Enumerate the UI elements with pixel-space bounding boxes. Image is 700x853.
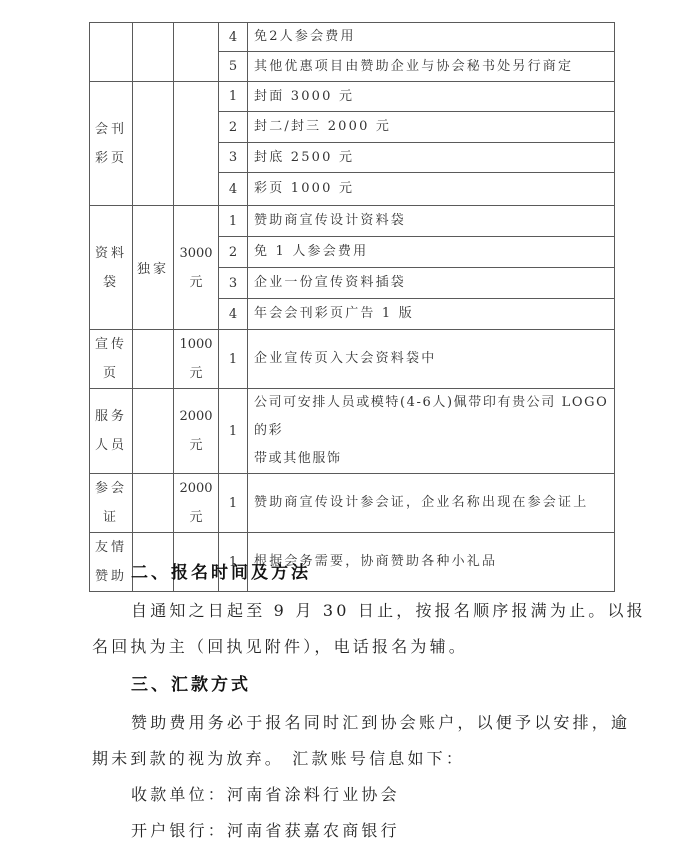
mode-cell bbox=[133, 330, 174, 389]
mode-cell: 独家 bbox=[133, 206, 174, 330]
benefit-text: 其他优惠项目由赞助企业与协会秘书处另行商定 bbox=[248, 52, 615, 82]
benefit-number: 2 bbox=[219, 112, 248, 143]
price-amount: 2000 bbox=[174, 402, 218, 431]
benefit-text: 封底 2500 元 bbox=[248, 143, 615, 173]
benefit-number: 1 bbox=[219, 474, 248, 533]
table-row: 会刊 彩页 1 封面 3000 元 bbox=[90, 82, 615, 112]
price-unit: 元 bbox=[174, 431, 218, 460]
benefit-text: 企业一份宣传资料插袋 bbox=[248, 268, 615, 299]
benefit-number: 3 bbox=[219, 143, 248, 173]
section-heading-registration: 二、报名时间及方法 bbox=[131, 558, 311, 583]
benefit-number: 3 bbox=[219, 268, 248, 299]
item-label-line: 会刊 bbox=[90, 115, 132, 144]
benefit-number: 1 bbox=[219, 82, 248, 112]
item-label-line: 赞助 bbox=[90, 562, 132, 591]
item-cell bbox=[90, 23, 133, 82]
price-cell: 2000 元 bbox=[174, 389, 219, 474]
item-cell: 宣传 页 bbox=[90, 330, 133, 389]
price-cell bbox=[174, 23, 219, 82]
item-label-line: 资料 bbox=[90, 239, 132, 268]
benefit-text: 企业宣传页入大会资料袋中 bbox=[248, 330, 615, 389]
benefit-number: 4 bbox=[219, 173, 248, 206]
item-cell: 参会 证 bbox=[90, 474, 133, 533]
item-cell: 服务 人员 bbox=[90, 389, 133, 474]
price-amount: 1000 bbox=[174, 330, 218, 359]
document-page: 4 免2人参会费用 5 其他优惠项目由赞助企业与协会秘书处另行商定 会刊 彩页 … bbox=[0, 0, 700, 853]
item-label-line: 证 bbox=[90, 503, 132, 532]
item-label-line: 页 bbox=[90, 359, 132, 388]
item-label-line: 袋 bbox=[90, 268, 132, 297]
table-row: 资料 袋 独家 3000 元 1 赞助商宣传设计资料袋 bbox=[90, 206, 615, 237]
price-amount: 2000 bbox=[174, 474, 218, 503]
mode-cell bbox=[133, 82, 174, 206]
price-cell: 2000 元 bbox=[174, 474, 219, 533]
benefit-number: 1 bbox=[219, 389, 248, 474]
mode-cell bbox=[133, 389, 174, 474]
price-unit: 元 bbox=[174, 503, 218, 532]
benefit-text: 年会会刊彩页广告 1 版 bbox=[248, 299, 615, 330]
payee-info: 收款单位：河南省涂料行业协会 bbox=[131, 782, 400, 805]
price-cell: 1000 元 bbox=[174, 330, 219, 389]
price-cell: 3000 元 bbox=[174, 206, 219, 330]
payment-text-line: 赞助费用务必于报名同时汇到协会账户，以便予以安排，逾 bbox=[131, 710, 630, 733]
benefit-number: 4 bbox=[219, 23, 248, 52]
section-heading-payment: 三、汇款方式 bbox=[131, 670, 251, 695]
item-label-line: 彩页 bbox=[90, 144, 132, 173]
benefit-text: 彩页 1000 元 bbox=[248, 173, 615, 206]
price-amount: 3000 bbox=[174, 239, 218, 268]
registration-text-line: 名回执为主（回执见附件），电话报名为辅。 bbox=[92, 634, 468, 657]
benefit-number: 1 bbox=[219, 206, 248, 237]
table-row: 参会 证 2000 元 1 赞助商宣传设计参会证，企业名称出现在参会证上 bbox=[90, 474, 615, 533]
benefit-number: 1 bbox=[219, 330, 248, 389]
benefit-text: 赞助商宣传设计资料袋 bbox=[248, 206, 615, 237]
price-unit: 元 bbox=[174, 268, 218, 297]
item-label-line: 人员 bbox=[90, 431, 132, 460]
benefit-number: 2 bbox=[219, 237, 248, 268]
benefit-text: 赞助商宣传设计参会证，企业名称出现在参会证上 bbox=[248, 474, 615, 533]
benefit-text: 封面 3000 元 bbox=[248, 82, 615, 112]
item-label-line: 宣传 bbox=[90, 330, 132, 359]
item-cell: 资料 袋 bbox=[90, 206, 133, 330]
registration-text-line: 自通知之日起至 9 月 30 日止，按报名顺序报满为止。以报 bbox=[131, 598, 646, 621]
table-row: 4 免2人参会费用 bbox=[90, 23, 615, 52]
mode-cell bbox=[133, 474, 174, 533]
table-row: 服务 人员 2000 元 1 公司可安排人员或模特(4-6人)佩带印有贵公司 L… bbox=[90, 389, 615, 474]
benefit-text: 免 1 人参会费用 bbox=[248, 237, 615, 268]
benefit-text: 封二/封三 2000 元 bbox=[248, 112, 615, 143]
price-unit: 元 bbox=[174, 359, 218, 388]
benefit-number: 4 bbox=[219, 299, 248, 330]
mode-cell bbox=[133, 23, 174, 82]
sponsorship-table: 4 免2人参会费用 5 其他优惠项目由赞助企业与协会秘书处另行商定 会刊 彩页 … bbox=[89, 22, 615, 592]
item-label-line: 服务 bbox=[90, 402, 132, 431]
item-label-line: 友情 bbox=[90, 533, 132, 562]
item-cell: 会刊 彩页 bbox=[90, 82, 133, 206]
benefit-text-line: 公司可安排人员或模特(4-6人)佩带印有贵公司 LOGO 的彩 bbox=[254, 389, 614, 445]
benefit-text: 免2人参会费用 bbox=[248, 23, 615, 52]
price-cell bbox=[174, 82, 219, 206]
benefit-text-line: 带或其他服饰 bbox=[254, 445, 614, 473]
bank-info: 开户银行：河南省获嘉农商银行 bbox=[131, 818, 400, 841]
benefit-text: 公司可安排人员或模特(4-6人)佩带印有贵公司 LOGO 的彩 带或其他服饰 bbox=[248, 389, 615, 474]
item-label-line: 参会 bbox=[90, 474, 132, 503]
benefit-number: 5 bbox=[219, 52, 248, 82]
table-row: 宣传 页 1000 元 1 企业宣传页入大会资料袋中 bbox=[90, 330, 615, 389]
item-cell: 友情 赞助 bbox=[90, 533, 133, 592]
payment-text-line: 期未到款的视为放弃。 汇款账号信息如下： bbox=[92, 746, 465, 769]
